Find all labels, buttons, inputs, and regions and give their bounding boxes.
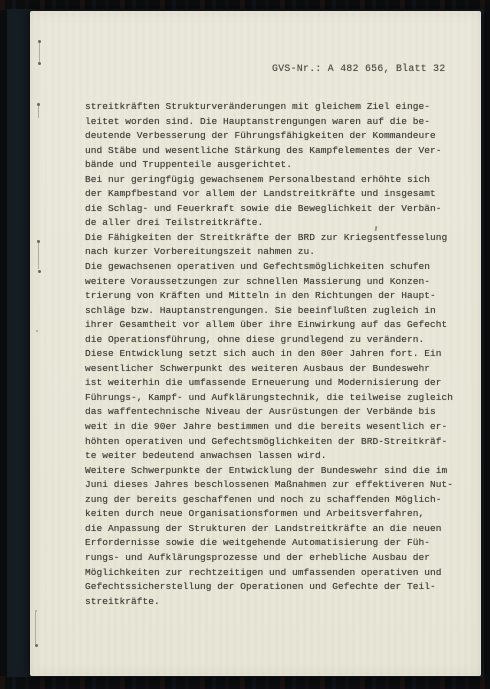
text-line: trierung von Kräften und Mitteln in den … xyxy=(85,289,457,304)
text-line: die Operationsführung, ohne diese grundl… xyxy=(85,333,457,348)
text-line: Führungs-, Kampf- und Aufklärungstechnik… xyxy=(85,391,457,406)
text-line: Weitere Schwerpunkte der Entwicklung der… xyxy=(85,464,457,479)
text-line: Juni dieses Jahres beschlossenen Maßnahm… xyxy=(85,478,457,493)
text-line: höhten operativen und Gefechtsmöglichkei… xyxy=(85,435,457,450)
text-line: nach kurzer Vorbereitungszeit nahmen zu. xyxy=(85,245,457,260)
scanner-noise-bottom xyxy=(0,676,490,689)
staple-mark-dot xyxy=(36,330,38,332)
staple-mark-dot xyxy=(38,270,41,273)
text-line: Erfordernisse sowie die weitgehende Auto… xyxy=(85,536,457,551)
text-line: te weiter bedeutend anwachsen lassen wir… xyxy=(85,449,457,464)
gvs-classification-header: GVS-Nr.: A 482 656, Blatt 32 xyxy=(272,62,446,75)
staple-mark-line xyxy=(38,242,39,269)
text-line: Diese Entwicklung setzt sich auch in den… xyxy=(85,347,457,362)
text-line: keiten durch neue Organisationsformen un… xyxy=(85,507,457,522)
text-line: rungs- und Aufklärungsprozesse und der e… xyxy=(85,551,457,566)
text-line: Möglichkeiten zur rechtzeitigen und umfa… xyxy=(85,566,457,581)
text-line: das waffentechnische Niveau der Ausrüstu… xyxy=(85,405,457,420)
text-line: zung der bereits geschaffenen und noch z… xyxy=(85,493,457,508)
text-line: der Kampfbestand vor allem der Landstrei… xyxy=(85,187,457,202)
text-line: ist weiterhin die umfassende Erneuerung … xyxy=(85,376,457,391)
scan-background: { "scan": { "header": { "gvs_line": "GVS… xyxy=(0,0,490,689)
text-line: Gefechtssicherstellung der Operationen u… xyxy=(85,580,457,595)
document-page: GVS-Nr.: A 482 656, Blatt 32 streitkräft… xyxy=(30,11,481,676)
text-line: ihrer Gesamtheit vor allem über ihre Ein… xyxy=(85,318,457,333)
text-line: leitet worden sind. Die Hauptanstrengung… xyxy=(85,115,457,130)
staple-mark-dot xyxy=(35,644,38,647)
text-line: bände und Truppenteile ausgerichtet. xyxy=(85,158,457,173)
text-line: wesentlicher Schwerpunkt des weiteren Au… xyxy=(85,362,457,377)
text-line: de aller drei Teilstreitkräfte. xyxy=(85,216,457,231)
staple-mark-dot xyxy=(38,62,41,65)
text-line: die Schlag- und Feuerkraft sowie die Bew… xyxy=(85,202,457,217)
text-line: Die Fähigkeiten der Streitkräfte der BRD… xyxy=(85,231,457,246)
text-line: weit in die 90er Jahre bestimmen und die… xyxy=(85,420,457,435)
staple-mark-line xyxy=(35,612,36,644)
body-text: streitkräften Strukturveränderungen mit … xyxy=(85,100,457,609)
text-line: weitere Voraussetzungen zur schnellen Ma… xyxy=(85,275,457,290)
text-line: streitkräfte. xyxy=(85,595,457,610)
text-line: schläge bzw. Hauptanstrengungen. Sie bee… xyxy=(85,304,457,319)
staple-mark-line xyxy=(38,105,39,118)
text-line: und Stäbe und wesentliche Stärkung des K… xyxy=(85,144,457,159)
staple-mark-line xyxy=(39,42,40,62)
text-line: streitkräften Strukturveränderungen mit … xyxy=(85,100,457,115)
text-line: Die gewachsenen operativen und Gefechtsm… xyxy=(85,260,457,275)
text-line: deutende Verbesserung der Führungsfähigk… xyxy=(85,129,457,144)
text-line: die Anpassung der Strukturen der Landstr… xyxy=(85,522,457,537)
text-line: Bei nur geringfügig gewachsenem Personal… xyxy=(85,173,457,188)
